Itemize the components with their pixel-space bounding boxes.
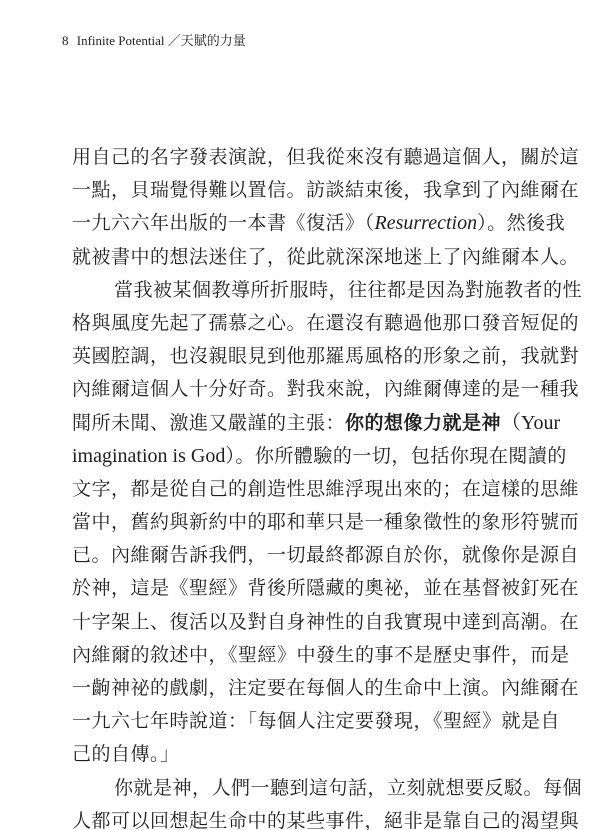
text-run: ）。然後我 bbox=[477, 212, 565, 234]
text-line: 用自己的名字發表演說，但我從來沒有聽過這個人，關於這 bbox=[72, 141, 496, 174]
text-line: 當我被某個教導所折服時，往往都是因為對施教者的性 bbox=[72, 274, 496, 307]
text-line: 一齣神祕的戲劇，注定要在每個人的生命中上演。內維爾在 bbox=[72, 672, 496, 705]
body-text: 用自己的名字發表演說，但我從來沒有聽過這個人，關於這 一點，貝瑞覺得難以置信。訪… bbox=[72, 141, 496, 830]
text-line: 內維爾這個人十分好奇。對我來說，內維爾傳達的是一種我 bbox=[72, 373, 496, 406]
running-title: Infinite Potential ／天賦的力量 bbox=[77, 33, 246, 48]
text-line: 已。內維爾告訴我們，一切最終都源自於你，就像你是源自 bbox=[72, 539, 496, 572]
text-line: 內維爾的敘述中，《聖經》中發生的事不是歷史事件，而是 bbox=[72, 639, 496, 672]
text-line: 十字架上、復活以及對自身神性的自我實現中達到高潮。在 bbox=[72, 606, 496, 639]
text-run: （Your bbox=[501, 412, 560, 434]
paragraph-2: 當我被某個教導所折服時，往往都是因為對施教者的性 格與風度先起了孺慕之心。在還沒… bbox=[72, 274, 496, 772]
page-number: 8 bbox=[62, 33, 69, 48]
text-run: imagination is God bbox=[72, 445, 225, 467]
book-title-italic: Resurrection bbox=[375, 212, 478, 234]
text-line: 文字，都是從自己的創造性思維浮現出來的；在這樣的思維 bbox=[72, 473, 496, 506]
text-line: 一九六六年出版的一本書《復活》（Resurrection）。然後我 bbox=[72, 207, 496, 240]
emphasis-bold: 你的想像力就是神 bbox=[345, 412, 501, 434]
text-line: 當中，舊約與新約中的耶和華只是一種象徵性的象形符號而 bbox=[72, 506, 496, 539]
paragraph-1: 用自己的名字發表演說，但我從來沒有聽過這個人，關於這 一點，貝瑞覺得難以置信。訪… bbox=[72, 141, 496, 274]
running-header: 8 Infinite Potential ／天賦的力量 bbox=[62, 30, 246, 49]
text-line: 一九六七年時說道：「每個人注定要發現，《聖經》就是自 bbox=[72, 705, 496, 738]
text-line: 一點，貝瑞覺得難以置信。訪談結束後，我拿到了內維爾在 bbox=[72, 174, 496, 207]
text-line: 聞所未聞、激進又嚴謹的主張：你的想像力就是神（Your bbox=[72, 407, 496, 440]
text-line: 人都可以回想起生命中的某些事件，絕非是靠自己的渴望與 bbox=[72, 805, 496, 830]
text-line: 己的自傳。」 bbox=[72, 738, 496, 771]
paragraph-3: 你就是神，人們一聽到這句話，立刻就想要反駁。每個 人都可以回想起生命中的某些事件… bbox=[72, 772, 496, 830]
text-run: 聞所未聞、激進又嚴謹的主張： bbox=[72, 412, 345, 434]
text-run: 一九六六年出版的一本書《復活》（ bbox=[72, 212, 375, 234]
text-line: imagination is God）。你所體驗的一切，包括你現在閱讀的 bbox=[72, 440, 496, 473]
text-line: 你就是神，人們一聽到這句話，立刻就想要反駁。每個 bbox=[72, 772, 496, 805]
text-line: 於神，這是《聖經》背後所隱藏的奧祕，並在基督被釘死在 bbox=[72, 572, 496, 605]
text-run: ）。你所體驗的一切，包括你現在閱讀的 bbox=[225, 445, 567, 467]
text-line: 格與風度先起了孺慕之心。在還沒有聽過他那口發音短促的 bbox=[72, 307, 496, 340]
text-line: 英國腔調，也沒親眼見到他那羅馬風格的形象之前，我就對 bbox=[72, 340, 496, 373]
text-line: 就被書中的想法迷住了，從此就深深地迷上了內維爾本人。 bbox=[72, 241, 496, 274]
